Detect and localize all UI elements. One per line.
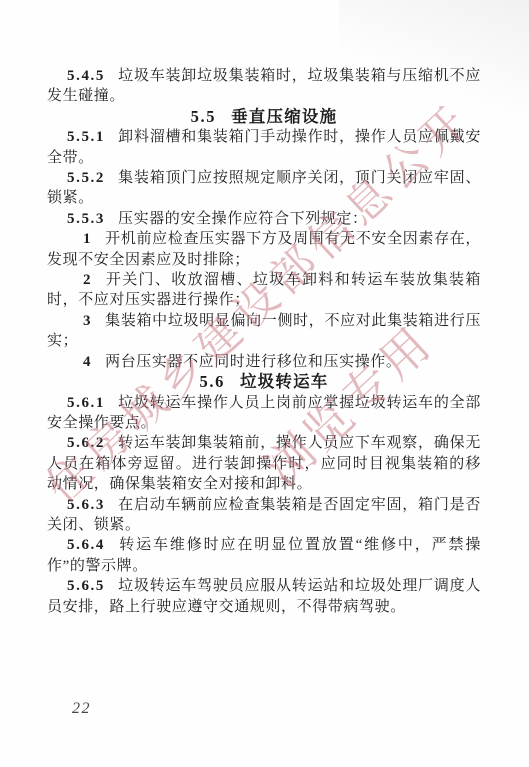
section-title: 垃圾转运车: [240, 372, 329, 391]
item-paragraph: 3集装箱中垃圾明显偏向一侧时，不应对此集装箱进行压实；: [47, 311, 481, 352]
section-title: 垂直压缩设施: [231, 107, 337, 126]
clause-paragraph: 5.6.3在启动车辆前应检查集装箱是否固定牢固，箱门是否关闭、锁紧。: [47, 495, 481, 536]
clause-paragraph: 5.5.3压实器的安全操作应符合下列规定：: [47, 209, 481, 229]
paragraph-text: 集装箱顶门应按照规定顺序关闭，顶门关闭应牢固、锁紧。: [47, 170, 481, 206]
clause-paragraph: 5.4.5垃圾车装卸垃圾集装箱时，垃圾集装箱与压缩机不应发生碰撞。: [47, 66, 481, 107]
clause-number: 5.6.3: [67, 497, 105, 513]
clause-paragraph: 5.6.1垃圾转运车操作人员上岗前应掌握垃圾转运车的全部安全操作要点。: [47, 393, 481, 434]
paragraph-text: 两台压实器不应同时进行移位和压实操作。: [105, 354, 401, 370]
paragraph-text: 转运车维修时应在明显位置放置“维修中，严禁操作”的警示牌。: [47, 537, 481, 573]
item-paragraph: 2开关门、收放溜槽、垃圾车卸料和转运车装放集装箱时，不应对压实器进行操作；: [47, 270, 481, 311]
item-paragraph: 4两台压实器不应同时进行移位和压实操作。: [47, 352, 481, 372]
clause-paragraph: 5.5.2集装箱顶门应按照规定顺序关闭，顶门关闭应牢固、锁紧。: [47, 168, 481, 209]
clause-paragraph: 5.6.4转运车维修时应在明显位置放置“维修中，严禁操作”的警示牌。: [47, 535, 481, 576]
paragraph-text: 开机前应检查压实器下方及周围有无不安全因素存在，发现不安全因素应及时排除；: [47, 231, 481, 267]
document-content: 5.4.5垃圾车装卸垃圾集装箱时，垃圾集装箱与压缩机不应发生碰撞。5.5垂直压缩…: [47, 66, 481, 617]
clause-paragraph: 5.5.1卸料溜槽和集装箱门手动操作时，操作人员应佩戴安全带。: [47, 127, 481, 168]
item-number: 2: [83, 272, 92, 288]
paragraph-text: 转运车装卸集装箱前，操作人员应下车观察，确保无人员在箱体旁逗留。进行装卸操作时，…: [47, 435, 481, 492]
paragraph-text: 集装箱中垃圾明显偏向一侧时，不应对此集装箱进行压实；: [47, 313, 481, 349]
clause-number: 5.4.5: [67, 68, 105, 84]
item-number: 3: [83, 313, 92, 329]
clause-number: 5.6.4: [67, 537, 105, 553]
paragraph-text: 卸料溜槽和集装箱门手动操作时，操作人员应佩戴安全带。: [47, 129, 481, 165]
clause-number: 5.6.5: [67, 578, 105, 594]
paragraph-text: 垃圾车装卸垃圾集装箱时，垃圾集装箱与压缩机不应发生碰撞。: [47, 68, 481, 104]
section-heading: 5.5垂直压缩设施: [47, 107, 481, 127]
paragraph-text: 垃圾转运车驾驶员应服从转运站和垃圾处理厂调度人员安排，路上行驶应遵守交通规则，不…: [47, 578, 481, 614]
paragraph-text: 垃圾转运车操作人员上岗前应掌握垃圾转运车的全部安全操作要点。: [47, 395, 481, 431]
clause-number: 5.6.1: [67, 395, 105, 411]
section-heading: 5.6垃圾转运车: [47, 372, 481, 392]
clause-number: 5.5.3: [67, 211, 105, 227]
item-number: 1: [83, 231, 92, 247]
page-number: 22: [72, 700, 91, 718]
document-page: 住房城乡建设部信息公开 浏览专用 5.4.5垃圾车装卸垃圾集装箱时，垃圾集装箱与…: [0, 0, 529, 767]
clause-paragraph: 5.6.2转运车装卸集装箱前，操作人员应下车观察，确保无人员在箱体旁逗留。进行装…: [47, 433, 481, 494]
clause-number: 5.5.1: [67, 129, 105, 145]
paragraph-text: 在启动车辆前应检查集装箱是否固定牢固，箱门是否关闭、锁紧。: [47, 497, 481, 533]
clause-paragraph: 5.6.5垃圾转运车驾驶员应服从转运站和垃圾处理厂调度人员安排，路上行驶应遵守交…: [47, 576, 481, 617]
clause-number: 5.6.2: [67, 435, 105, 451]
section-number: 5.5: [191, 107, 216, 126]
item-number: 4: [83, 354, 92, 370]
clause-number: 5.5.2: [67, 170, 105, 186]
paragraph-text: 开关门、收放溜槽、垃圾车卸料和转运车装放集装箱时，不应对压实器进行操作；: [47, 272, 481, 308]
paragraph-text: 压实器的安全操作应符合下列规定：: [118, 211, 368, 227]
section-number: 5.6: [200, 372, 225, 391]
item-paragraph: 1开机前应检查压实器下方及周围有无不安全因素存在，发现不安全因素应及时排除；: [47, 229, 481, 270]
